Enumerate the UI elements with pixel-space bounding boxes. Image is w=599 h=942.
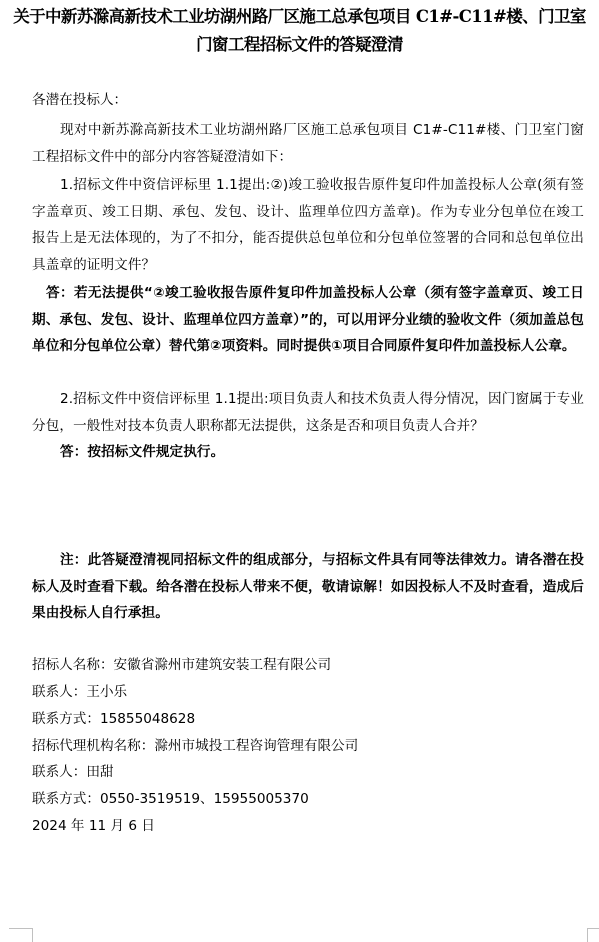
document-title: 关于中新苏滁高新技术工业坊湖州路厂区施工总承包项目 C1#-C11#楼、门卫室 …	[0, 3, 599, 59]
issue-date: 2024 年 11 月 6 日	[32, 813, 155, 840]
title-line-2: 门窗工程招标文件的答疑澄清	[0, 31, 599, 59]
question-2: 2.招标文件中资信评标里 1.1提出:项目负责人和技术负责人得分情况，因门窗属于…	[32, 386, 584, 439]
tenderer-phone: 联系方式：15855048628	[32, 706, 195, 733]
agency-name: 招标代理机构名称：滁州市城投工程咨询管理有限公司	[32, 733, 358, 760]
title-line-1: 关于中新苏滁高新技术工业坊湖州路厂区施工总承包项目 C1#-C11#楼、门卫室	[0, 3, 599, 31]
question-1: 1.招标文件中资信评标里 1.1提出:②)竣工验收报告原件复印件加盖投标人公章(…	[32, 172, 584, 279]
salutation: 各潜在投标人：	[32, 87, 127, 114]
tenderer-contact: 联系人：王小乐	[32, 679, 127, 706]
tenderer-name: 招标人名称：安徽省滁州市建筑安装工程有限公司	[32, 652, 331, 679]
agency-phone: 联系方式：0550-3519519、15955005370	[32, 786, 309, 813]
legal-note: 注：此答疑澄清视同招标文件的组成部分，与招标文件具有同等法律效力。请各潜在投标人…	[32, 547, 584, 627]
intro-paragraph: 现对中新苏滁高新技术工业坊湖州路厂区施工总承包项目 C1#-C11#楼、门卫室门…	[32, 117, 584, 170]
answer-1: 答：若无法提供“②竣工验收报告原件复印件加盖投标人公章（须有签字盖章页、竣工日期…	[32, 280, 584, 360]
answer-2: 答：按招标文件规定执行。	[32, 439, 584, 466]
agency-contact: 联系人：田甜	[32, 759, 114, 786]
